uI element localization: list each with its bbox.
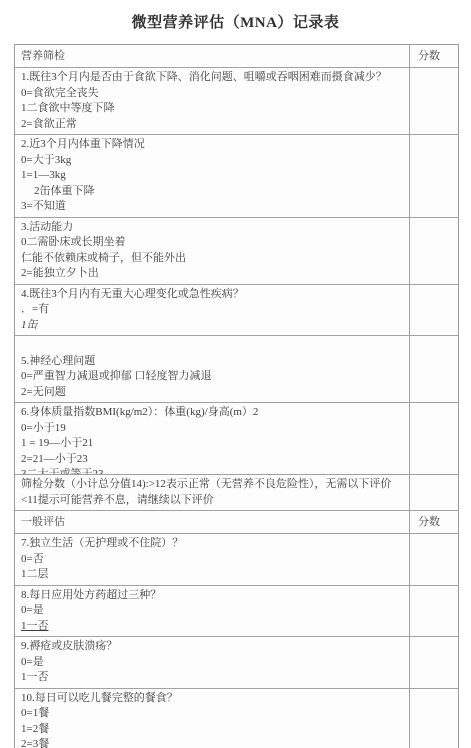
- question-cell: 8.每日应用处方药超过三种？0=是1一否: [15, 586, 410, 637]
- question-row: 8.每日应用处方药超过三种？0=是1一否: [15, 586, 458, 638]
- score-column-header: 分数: [410, 45, 458, 67]
- question-row: 2.近3个月内体重下降情况0=大于3kg1=1—3kg2缶体重下降3=不知道: [15, 135, 458, 218]
- question-cell: 5.神经心理问题0=严重智力减退或抑郁 口轻度智力减退2=无问题: [15, 336, 410, 402]
- text-line: 1缶: [21, 318, 405, 334]
- text-line: 3=不知道: [21, 199, 405, 215]
- score-cell: [410, 218, 458, 284]
- question-row: 6.身体质量指数BMI(kg/m2）：体重(kg)/身高(m）20=小于191 …: [15, 403, 458, 475]
- question-row: 3.活动能力0二需卧床或长期坐着仁能不依赖床或椅子，但不能外出2=能独立夕卜出: [15, 218, 458, 285]
- question-row: 4.既往3个月内有无重大心理变化或急性疾病？．=有1缶: [15, 285, 458, 337]
- text-line: 0=严重智力减退或抑郁 口轻度智力减退: [21, 369, 405, 385]
- score-cell: [410, 689, 458, 748]
- text-line: 1 = 19—小于21: [21, 436, 405, 452]
- text-line: 8.每日应用处方药超过三种？: [21, 588, 405, 604]
- question-cell: 筛检分数（小计总分值14):>12表示正常（无营养不良危险性），无需以下评价<1…: [15, 475, 410, 510]
- text-line: 7.独立生活（无护理或不住院）？: [21, 536, 405, 552]
- section-title: 一般评估: [15, 511, 410, 533]
- question-cell: 9.褥疮或皮肤溃疡？0=是1一否: [15, 637, 410, 688]
- text-line: 1二层: [21, 567, 405, 583]
- score-cell: [410, 285, 458, 336]
- text-line: 1一否: [21, 670, 405, 686]
- score-cell: [410, 135, 458, 217]
- question-cell: 2.近3个月内体重下降情况0=大于3kg1=1—3kg2缶体重下降3=不知道: [15, 135, 410, 217]
- text-line: 2=能独立夕卜出: [21, 266, 405, 282]
- text-line: 0=是: [21, 603, 405, 619]
- question-row: 1.既往3个月内是否由于食欲下降、消化问题、咀嚼或吞咽困难而摄食减少？0=食欲完…: [15, 68, 458, 135]
- text-line: 3.活动能力: [21, 220, 405, 236]
- question-cell: 7.独立生活（无护理或不住院）？0=否1二层: [15, 534, 410, 585]
- section-title: 营养筛检: [15, 45, 410, 67]
- score-cell: [410, 336, 458, 402]
- text-line: 4.既往3个月内有无重大心理变化或急性疾病？: [21, 287, 405, 303]
- text-line: 2=食欲正常: [21, 117, 405, 133]
- question-row: 10.每日可以吃儿餐完整的餐食？0=1餐1=2餐2=3餐: [15, 689, 458, 748]
- section-header-row: 一般评估分数: [15, 511, 458, 534]
- text-line: <11提示可能营养不息，请继续以下评价: [21, 493, 405, 509]
- text-line: 2=21—小于23: [21, 452, 405, 468]
- question-cell: 3.活动能力0二需卧床或长期坐着仁能不依赖床或椅子，但不能外出2=能独立夕卜出: [15, 218, 410, 284]
- text-line: 2.近3个月内体重下降情况: [21, 137, 405, 153]
- text-line: 10.每日可以吃儿餐完整的餐食？: [21, 691, 405, 707]
- score-cell: [410, 534, 458, 585]
- text-line: 0=小于19: [21, 421, 405, 437]
- question-cell: 4.既往3个月内有无重大心理变化或急性疾病？．=有1缶: [15, 285, 410, 336]
- text-line: 0二需卧床或长期坐着: [21, 235, 405, 251]
- question-cell: 1.既往3个月内是否由于食欲下降、消化问题、咀嚼或吞咽困难而摄食减少？0=食欲完…: [15, 68, 410, 134]
- text-line: 2=无问题: [21, 385, 405, 401]
- question-row: 9.褥疮或皮肤溃疡？0=是1一否: [15, 637, 458, 689]
- score-cell: [410, 475, 458, 510]
- score-column-header: 分数: [410, 511, 458, 533]
- text-line: 筛检分数（小计总分值14):>12表示正常（无营养不良危险性），无需以下评价: [21, 477, 405, 493]
- text-line: 1.既往3个月内是否由于食欲下降、消化问题、咀嚼或吞咽困难而摄食减少？: [21, 70, 405, 86]
- score-cell: [410, 637, 458, 688]
- score-cell: [410, 68, 458, 134]
- question-row: 5.神经心理问题0=严重智力减退或抑郁 口轻度智力减退2=无问题: [15, 336, 458, 403]
- text-line: 5.神经心理问题: [21, 354, 405, 370]
- document-page: 微型营养评估（MNA）记录表 营养筛检分数1.既往3个月内是否由于食欲下降、消化…: [0, 0, 471, 748]
- page-title: 微型营养评估（MNA）记录表: [0, 0, 471, 32]
- text-line: 1二食欲中等度下降: [21, 101, 405, 117]
- score-cell: [410, 403, 458, 474]
- text-line: 0=1餐: [21, 706, 405, 722]
- text-line: 1=1—3kg: [21, 168, 405, 184]
- text-line: 6.身体质量指数BMI(kg/m2）：体重(kg)/身高(m）2: [21, 405, 405, 421]
- text-line: 0=否: [21, 552, 405, 568]
- assessment-table: 营养筛检分数1.既往3个月内是否由于食欲下降、消化问题、咀嚼或吞咽困难而摄食减少…: [14, 44, 459, 748]
- score-cell: [410, 586, 458, 637]
- text-line: 2缶体重下降: [21, 184, 405, 200]
- question-cell: 10.每日可以吃儿餐完整的餐食？0=1餐1=2餐2=3餐: [15, 689, 410, 748]
- screening-result-row: 筛检分数（小计总分值14):>12表示正常（无营养不良危险性），无需以下评价<1…: [15, 475, 458, 511]
- text-line: 0=食欲完全丧失: [21, 86, 405, 102]
- text-line: ．=有: [21, 302, 405, 318]
- text-line: 0=是: [21, 655, 405, 671]
- text-line: [21, 338, 405, 354]
- text-line: 仁能不依赖床或椅子，但不能外出: [21, 251, 405, 267]
- text-line: 0=大于3kg: [21, 153, 405, 169]
- text-line: 3二大于或等于23: [21, 467, 405, 474]
- section-header-row: 营养筛检分数: [15, 45, 458, 68]
- text-line: 9.褥疮或皮肤溃疡？: [21, 639, 405, 655]
- question-cell: 6.身体质量指数BMI(kg/m2）：体重(kg)/身高(m）20=小于191 …: [15, 403, 410, 474]
- text-line: 1一否: [21, 619, 405, 635]
- text-line: 2=3餐: [21, 737, 405, 748]
- text-line: 1=2餐: [21, 722, 405, 738]
- question-row: 7.独立生活（无护理或不住院）？0=否1二层: [15, 534, 458, 586]
